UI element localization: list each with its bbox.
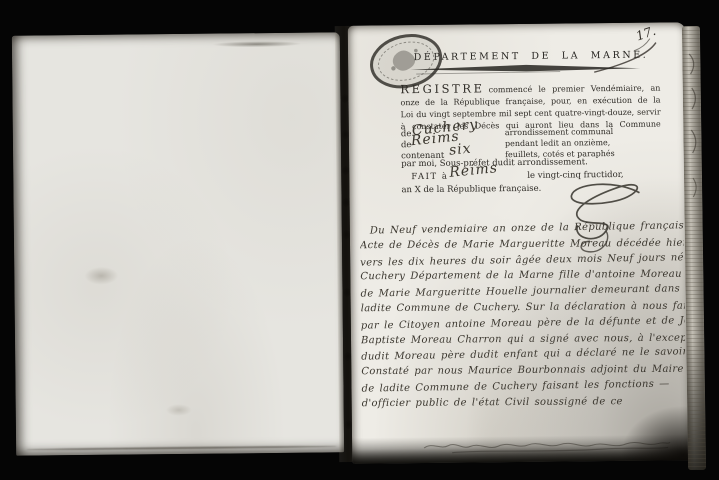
scanned-register-page: 17. DÉPARTEMENT DE LA MARNE. REGISTREcom… bbox=[0, 0, 719, 480]
paper-smudge bbox=[84, 267, 118, 285]
paper-smudge bbox=[212, 41, 302, 48]
form-row-printed: arrondissement communal bbox=[505, 127, 613, 137]
form-row-printed: pendant ledit an onzième, bbox=[505, 138, 610, 148]
corner-ink-blotch bbox=[620, 405, 691, 461]
death-act-entry: Du Neuf vendemiaire an onze de la Républ… bbox=[360, 219, 686, 412]
form-row-printed: de bbox=[401, 140, 412, 150]
registre-word: REGISTRE bbox=[400, 81, 484, 96]
page-bottom-crease bbox=[26, 445, 338, 450]
recto-page: 17. DÉPARTEMENT DE LA MARNE. REGISTREcom… bbox=[348, 22, 691, 464]
registre-line-rest: commencé le premier Vendémiaire, an bbox=[489, 84, 661, 95]
fait-label: FAIT à bbox=[411, 172, 448, 182]
paper-smudge bbox=[166, 404, 192, 416]
blank-verso-page bbox=[12, 32, 344, 455]
leaf-edge-curls bbox=[682, 26, 703, 226]
handwritten-count: six bbox=[448, 141, 472, 159]
handwritten-fait-place: Reims bbox=[449, 160, 499, 181]
